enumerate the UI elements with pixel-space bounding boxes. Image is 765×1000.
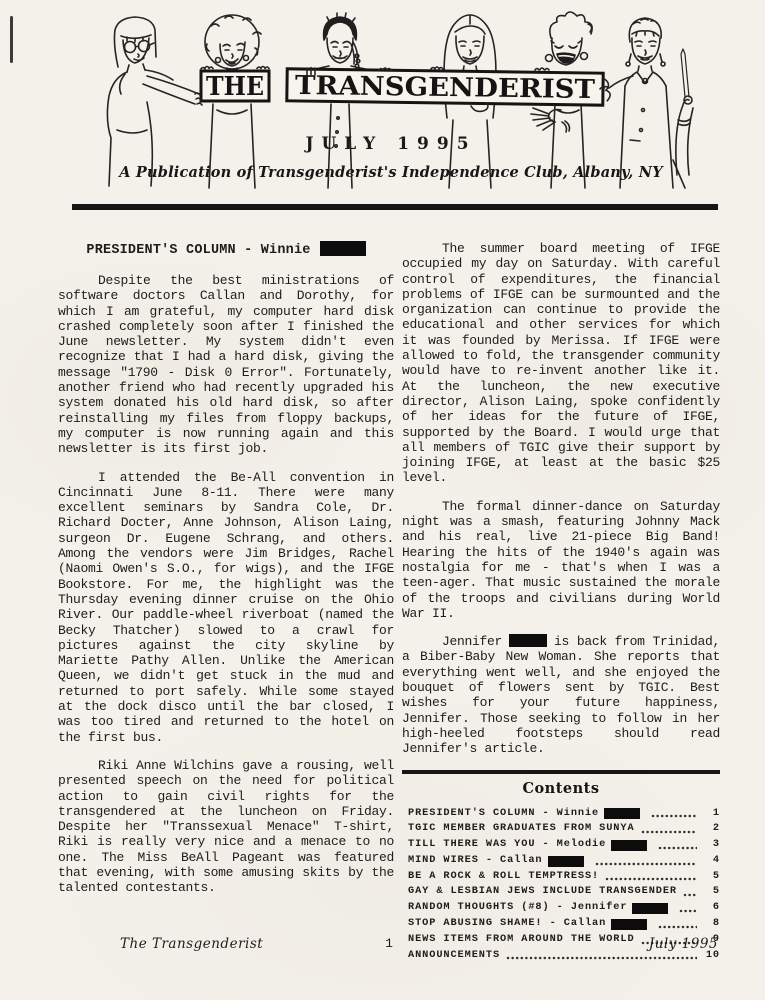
redaction-box [548, 856, 584, 867]
body-paragraph: Riki Anne Wilchins gave a rousing, well … [58, 758, 394, 896]
banner-word-the: THE [206, 72, 264, 102]
page-footer: The Transgenderist 1 July 1995 [58, 936, 720, 956]
contents-entry: STOP ABUSING SHAME! - Callan8 [402, 916, 720, 932]
paragraph-text: Jennifer [442, 634, 502, 649]
leader-dots [658, 916, 697, 932]
page-number: 3 [702, 837, 720, 853]
body-columns: PRESIDENT'S COLUMN - Winnie Despite the … [58, 241, 720, 963]
footer-date: July 1995 [649, 936, 718, 952]
title-banner: THE TRANSGENDERIST [201, 69, 610, 106]
masthead-divider-rule [72, 204, 718, 210]
contents-entry: BE A ROCK & ROLL TEMPTRESS!5 [402, 869, 720, 885]
leader-dots [651, 806, 697, 822]
contents-heading: Contents [402, 780, 720, 797]
contents-entry: PRESIDENT'S COLUMN - Winnie1 [402, 806, 720, 822]
redaction-box [632, 903, 668, 914]
page-number: 1 [702, 806, 720, 822]
contents-entry: TILL THERE WAS YOU - Melodie3 [402, 837, 720, 853]
page-number: 5 [702, 884, 720, 900]
heading-text: PRESIDENT'S COLUMN - Winnie [86, 243, 310, 258]
president-column-heading: PRESIDENT'S COLUMN - Winnie [58, 241, 394, 259]
figure-6 [609, 18, 693, 188]
body-paragraph: I attended the Be-All convention in Cinc… [58, 470, 394, 745]
footer-journal-title: The Transgenderist [120, 936, 263, 952]
page-number: 5 [702, 869, 720, 885]
contents-entry: TGIC MEMBER GRADUATES FROM SUNYA2 [402, 821, 720, 837]
body-paragraph: The formal dinner-dance on Saturday nigh… [402, 499, 720, 621]
right-column: The summer board meeting of IFGE occupie… [402, 241, 720, 963]
leader-dots [595, 853, 697, 869]
leader-dots [641, 821, 697, 837]
page-number: 6 [702, 900, 720, 916]
redaction-box [611, 919, 647, 930]
scanned-newsletter-page: THE TRANSGENDERIST [0, 0, 765, 1000]
body-paragraph-redacted: Jenniferis back from Trinidad, a Biber-B… [402, 634, 720, 756]
scan-artifact-mark [10, 16, 13, 63]
leader-dots [679, 900, 697, 916]
contents-section: Contents PRESIDENT'S COLUMN - Winnie1 TG… [402, 770, 720, 964]
body-paragraph: Despite the best ministrations of softwa… [58, 273, 394, 457]
paragraph-text: is back from Trinidad, a Biber-Baby New … [402, 634, 720, 756]
leader-dots [605, 869, 697, 885]
redaction-box [604, 808, 640, 819]
redaction-box [509, 634, 547, 647]
body-paragraph: The summer board meeting of IFGE occupie… [402, 241, 720, 486]
page-number: 4 [702, 853, 720, 869]
figure-1 [107, 17, 199, 186]
page-number: 8 [702, 916, 720, 932]
redaction-box [611, 840, 647, 851]
banner-word-transgenderist: TRANSGENDERIST [295, 71, 596, 105]
issue-date: JULY 1995 [55, 134, 727, 154]
page-number: 2 [702, 821, 720, 837]
contents-entry: RANDOM THOUGHTS (#8) - Jennifer6 [402, 900, 720, 916]
leader-dots [658, 837, 697, 853]
contents-entry: MIND WIRES - Callan4 [402, 853, 720, 869]
footer-page-number: 1 [385, 936, 393, 951]
publication-line: A Publication of Transgenderist's Indepe… [55, 164, 727, 181]
redaction-box [320, 241, 366, 256]
leader-dots [683, 884, 697, 900]
left-column: PRESIDENT'S COLUMN - Winnie Despite the … [58, 241, 394, 963]
contents-entry: GAY & LESBIAN JEWS INCLUDE TRANSGENDER5 [402, 884, 720, 900]
